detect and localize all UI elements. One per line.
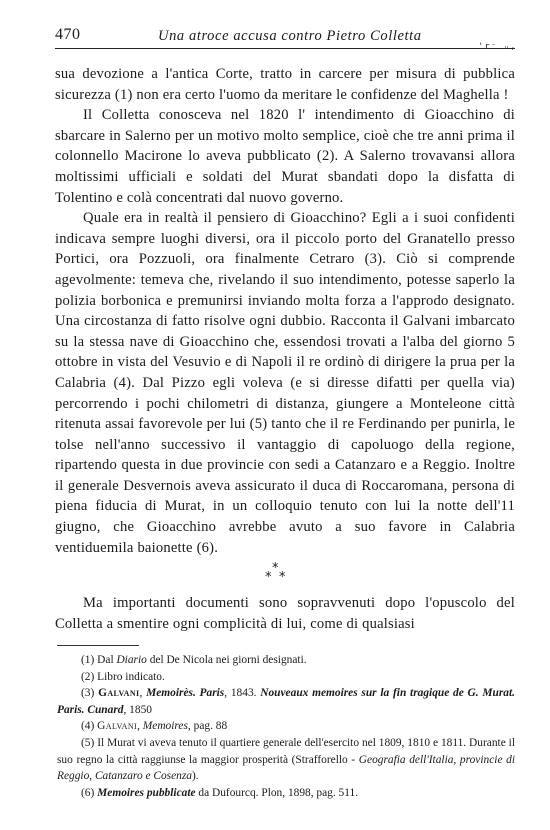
body-text: sua devozione a l'antica Corte, tratto i… — [55, 64, 515, 558]
paragraph: Ma importanti documenti sono sopravvenut… — [55, 593, 515, 634]
asterisk-icon: * — [265, 571, 272, 584]
footnote-1: (1) Dal Diario del De Nicola nei giorni … — [57, 652, 515, 669]
footnote-6: (6) Memoires pubblicate da Dufourcq. Plo… — [57, 785, 515, 802]
margin-marks: 'r⁻ ᵤ, — [478, 42, 517, 52]
running-title: Una atroce accusa contro Pietro Colletta — [158, 28, 422, 45]
footnote-5: (5) Il Murat vi aveva tenuto il quartier… — [57, 735, 515, 785]
document-page: 470 Una atroce accusa contro Pietro Coll… — [0, 0, 550, 830]
paragraph: sua devozione a l'antica Corte, tratto i… — [55, 64, 515, 105]
footnote-2: (2) Libro indicato. — [57, 669, 515, 686]
footnotes: (1) Dal Diario del De Nicola nei giorni … — [57, 652, 515, 801]
page-number: 470 — [55, 26, 81, 44]
running-head: 470 Una atroce accusa contro Pietro Coll… — [55, 26, 517, 46]
paragraph: Quale era in realtà il pensiero di Gioac… — [55, 208, 515, 558]
footnote-3: (3) Galvani, Memoirès. Paris, 1843. Nouv… — [57, 685, 515, 718]
paragraph: Il Colletta conosceva nel 1820 l' intend… — [55, 105, 515, 208]
header-rule — [55, 48, 515, 49]
asterisk-icon: * — [279, 571, 286, 584]
footnote-4: (4) Galvani, Memoires, pag. 88 — [57, 718, 515, 735]
asterisk-icon: * — [272, 562, 279, 575]
body-text-continued: Ma importanti documenti sono sopravvenut… — [55, 593, 515, 634]
footnote-rule — [57, 645, 139, 646]
section-separator-asterism: * * * — [262, 562, 292, 590]
